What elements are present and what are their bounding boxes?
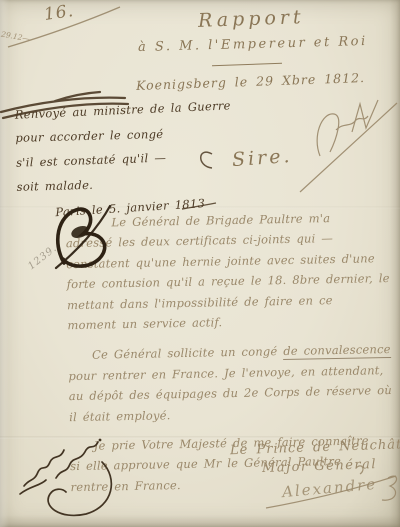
place-date-line: Koenigsberg le 29 Xbre 1812. — [136, 70, 365, 93]
body-text: Ce Général sollicite un congé — [92, 344, 284, 362]
marginal-apostille: Renvoyé au ministre de la Guerre pour ac… — [14, 95, 233, 223]
underlined-phrase: de convalescence — [283, 342, 391, 360]
addressee-line: à S. M. l'Empereur et Roi — [138, 34, 368, 55]
report-title: Rapport — [198, 6, 305, 32]
header-rule — [212, 63, 282, 66]
salutation-paraph — [300, 100, 397, 192]
docket-number-pencil: 1239. — [26, 243, 59, 272]
manuscript-page: Rapport à S. M. l'Empereur et Roi Koenig… — [0, 0, 400, 527]
registry-number: 16. — [43, 1, 76, 25]
salutation: Sire. — [231, 145, 293, 171]
edge-date-note: 29.12— — [0, 30, 30, 44]
